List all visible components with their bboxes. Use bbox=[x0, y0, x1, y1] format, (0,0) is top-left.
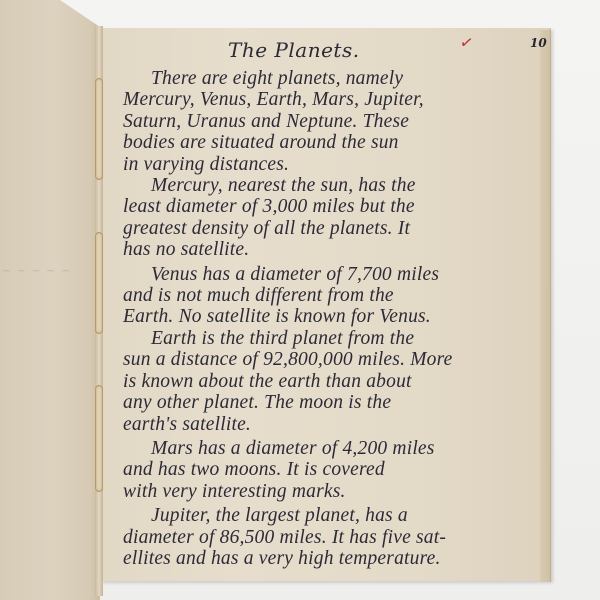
left-page-bleed-through: ~ ~ ~ ~ ~ bbox=[2, 264, 71, 277]
text-line: There are eight planets, namely bbox=[123, 68, 533, 89]
text-line: greatest density of all the planets. It bbox=[123, 218, 533, 239]
paragraph-mercury: Mercury, nearest the sun, has the least … bbox=[123, 175, 533, 261]
text-line: with very interesting marks. bbox=[123, 481, 533, 502]
page-edges bbox=[540, 30, 551, 582]
text-line: and is not much different from the bbox=[123, 285, 533, 306]
paragraph-overview: There are eight planets, namely Mercury,… bbox=[123, 68, 533, 175]
text-line: Mercury, nearest the sun, has the bbox=[123, 175, 533, 196]
left-page: ~ ~ ~ ~ ~ bbox=[0, 0, 100, 600]
text-line: Earth is the third planet from the bbox=[123, 328, 533, 349]
text-line: Saturn, Uranus and Neptune. These bbox=[123, 111, 533, 132]
paragraph-jupiter: Jupiter, the largest planet, has a diame… bbox=[123, 505, 533, 569]
text-line: and has two moons. It is covered bbox=[123, 459, 533, 480]
binding-stitch bbox=[95, 232, 103, 334]
page-number: 10 bbox=[530, 36, 547, 50]
paragraph-earth: Earth is the third planet from the sun a… bbox=[123, 328, 533, 435]
text-line: diameter of 86,500 miles. It has five sa… bbox=[123, 527, 533, 548]
text-line: has no satellite. bbox=[123, 239, 533, 260]
text-line: ellites and has a very high temperature. bbox=[123, 548, 533, 569]
paragraph-mars: Mars has a diameter of 4,200 miles and h… bbox=[123, 438, 533, 502]
text-line: bodies are situated around the sun bbox=[123, 132, 533, 153]
page-title: The Planets. bbox=[228, 38, 360, 62]
text-line: is known about the earth than about bbox=[123, 371, 533, 392]
text-line: earth's satellite. bbox=[123, 414, 533, 435]
text-line: Earth. No satellite is known for Venus. bbox=[123, 306, 533, 327]
text-line: sun a distance of 92,800,000 miles. More bbox=[123, 349, 533, 370]
text-line: Mars has a diameter of 4,200 miles bbox=[123, 438, 533, 459]
binding-stitch bbox=[95, 385, 103, 492]
text-line: least diameter of 3,000 miles but the bbox=[123, 196, 533, 217]
binding-stitch bbox=[95, 78, 103, 180]
text-line: in varying distances. bbox=[123, 154, 533, 175]
paragraph-venus: Venus has a diameter of 7,700 miles and … bbox=[123, 264, 533, 328]
text-line: Mercury, Venus, Earth, Mars, Jupiter, bbox=[123, 89, 533, 110]
text-line: any other planet. The moon is the bbox=[123, 392, 533, 413]
handwritten-body: There are eight planets, namely Mercury,… bbox=[123, 68, 533, 569]
text-line: Venus has a diameter of 7,700 miles bbox=[123, 264, 533, 285]
text-line: Jupiter, the largest planet, has a bbox=[123, 505, 533, 526]
